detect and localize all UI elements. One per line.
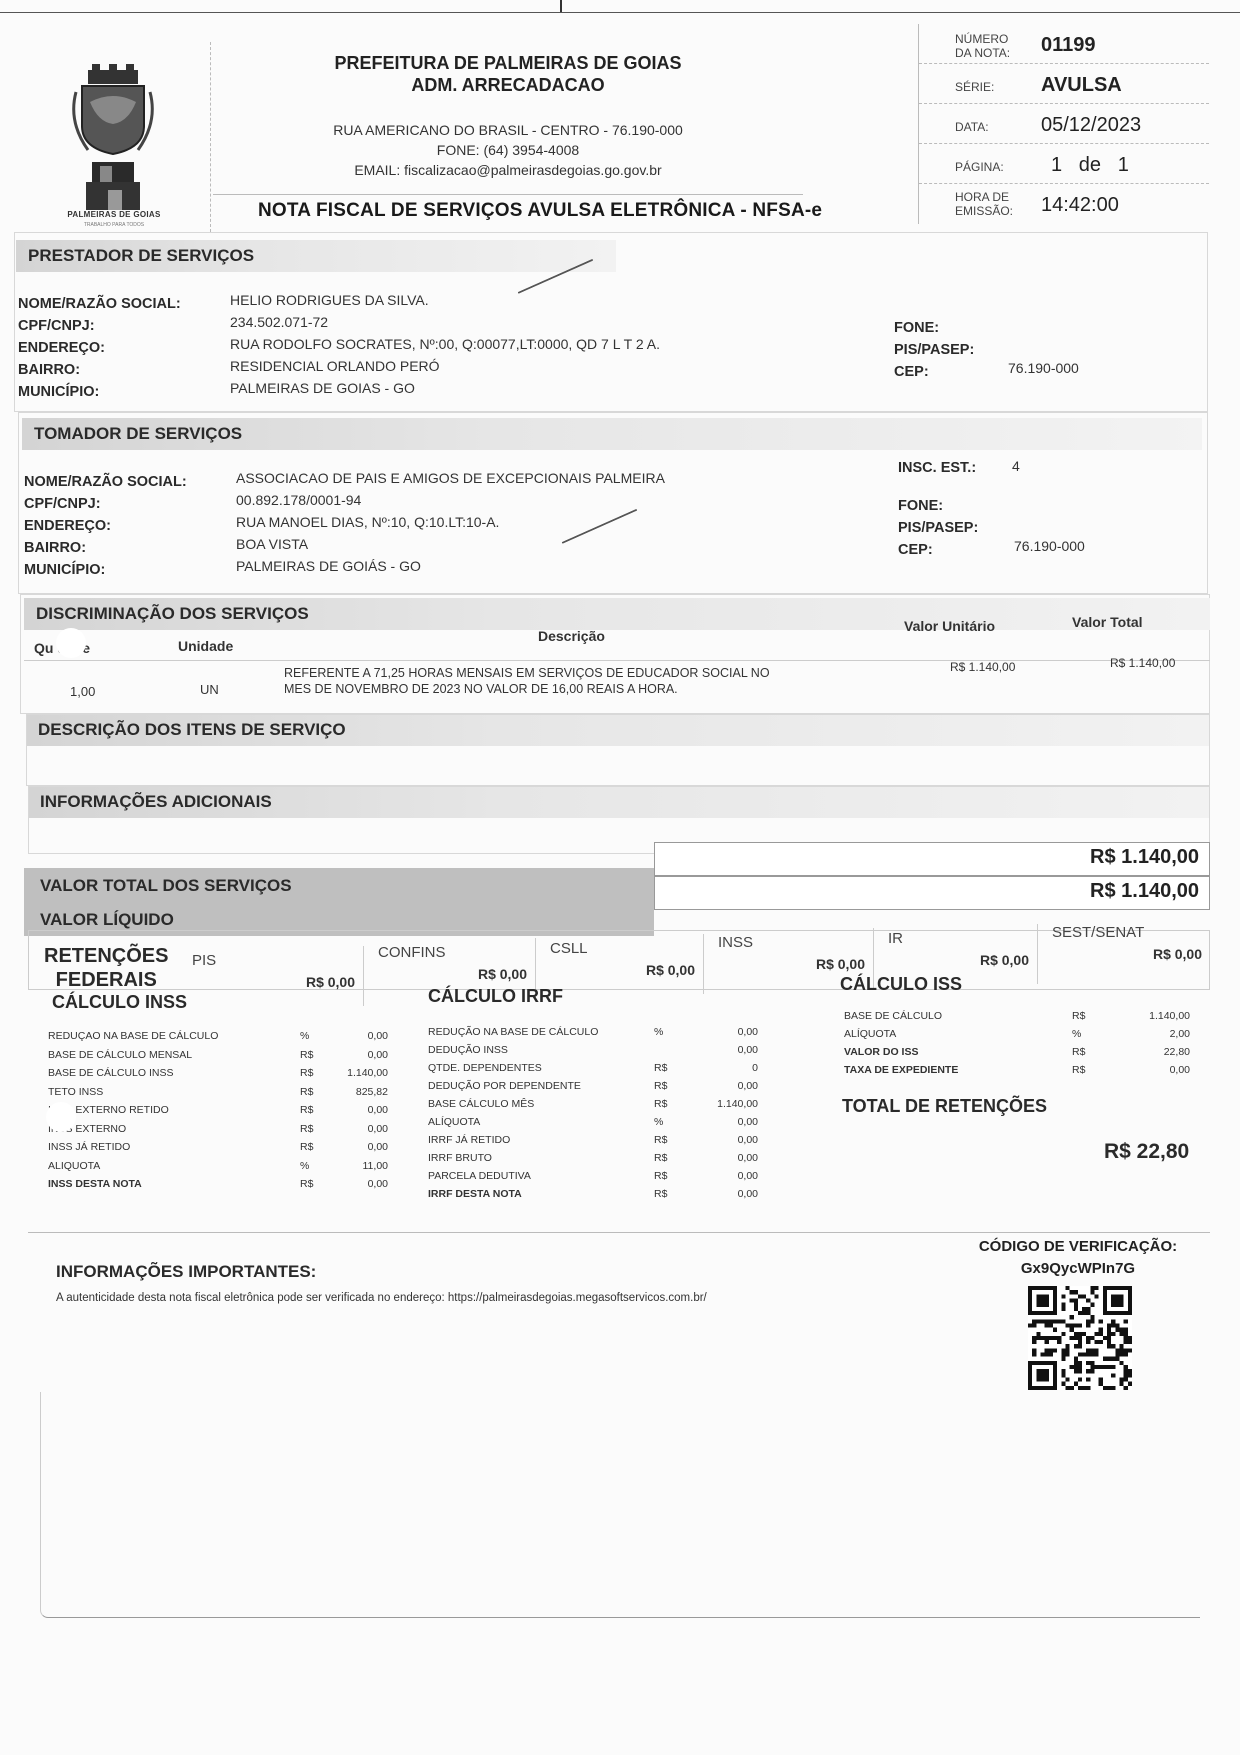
retencao-name: INSS	[718, 934, 753, 951]
emission-time: 14:42:00	[1041, 194, 1119, 217]
organization-contact: RUA AMERICANO DO BRASIL - CENTRO - 76.19…	[228, 120, 788, 180]
retencao-value: R$ 0,00	[646, 962, 695, 978]
tomador-cpf: 00.892.178/0001-94	[236, 492, 361, 508]
tomador-insc-est: 4	[1012, 458, 1020, 474]
calc-row: IRRF BRUTOR$0,00	[428, 1152, 758, 1170]
tomador-header: TOMADOR DE SERVIÇOS	[22, 418, 1202, 450]
invoice-date: 05/12/2023	[1041, 114, 1141, 137]
header-title-divider	[213, 194, 803, 195]
prestador-endereco: RUA RODOLFO SOCRATES, Nº:00, Q:00077,LT:…	[230, 336, 660, 352]
valor-total-box: R$ 1.140,00	[654, 842, 1210, 876]
calc-row: ALIQUOTA%11,00	[48, 1160, 388, 1178]
calc-row: ALÍQUOTA%0,00	[428, 1116, 758, 1134]
retencao-value: R$ 0,00	[1153, 946, 1202, 962]
header-divider	[210, 42, 211, 232]
prestador-bairro: RESIDENCIAL ORLANDO PERÓ	[230, 358, 440, 374]
retencao-csll: CSLLR$ 0,00	[536, 934, 704, 994]
tomador-cep: 76.190-000	[1014, 538, 1085, 554]
total-retencoes-value: R$ 22,80	[1104, 1140, 1189, 1164]
org-email: EMAIL: fiscalizacao@palmeirasdegoias.go.…	[228, 160, 788, 180]
valor-liquido: R$ 1.140,00	[1090, 880, 1199, 903]
retencao-value: R$ 0,00	[816, 956, 865, 972]
calc-row: IRRF DESTA NOTAR$0,00	[428, 1188, 758, 1206]
calc-row: ALÍQUOTA%2,00	[844, 1028, 1190, 1046]
calc-row: BASE DE CÁLCULO MENSALR$0,00	[48, 1049, 388, 1067]
row-valor-unitario: R$ 1.140,00	[950, 660, 1015, 674]
calc-row: VALOR DO ISSR$22,80	[844, 1046, 1190, 1064]
logo-subcaption: TRABALHO PARA TODOS	[56, 222, 172, 228]
calc-row: INSS EXTERNO RETIDOR$0,00	[48, 1104, 388, 1122]
retencao-sest-senat: SEST/SENATR$ 0,00	[1038, 918, 1210, 978]
retencao-value: R$ 0,00	[306, 974, 355, 990]
col-valor-total: Valor Total	[1072, 614, 1143, 630]
prestador-cpf: 234.502.071-72	[230, 314, 328, 330]
servicos-header: DISCRIMINAÇÃO DOS SERVIÇOS	[24, 598, 1210, 630]
meta-serie: SÉRIE: AVULSA	[919, 64, 1209, 104]
meta-pagina: PÁGINA: 1 de 1	[919, 144, 1209, 184]
informacoes-text: A autenticidade desta nota fiscal eletrô…	[56, 1292, 707, 1304]
prestador-header: PRESTADOR DE SERVIÇOS	[16, 240, 616, 272]
scan-edge-mark	[560, 0, 562, 12]
document-title: NOTA FISCAL DE SERVIÇOS AVULSA ELETRÔNIC…	[258, 200, 822, 222]
invoice-page: PALMEIRAS DE GOIAS TRABALHO PARA TODOS P…	[28, 42, 1208, 1702]
verification-code: Gx9QycWPIn7G	[963, 1260, 1193, 1277]
calc-row: DEDUÇÃO POR DEPENDENTER$0,00	[428, 1080, 758, 1098]
calc-row: REDUÇÃO NA BASE DE CÁLCULO%0,00	[428, 1026, 758, 1044]
calc-row: IRRF JÁ RETIDOR$0,00	[428, 1134, 758, 1152]
retencao-name: CONFINS	[378, 944, 446, 961]
row-valor-total: R$ 1.140,00	[1110, 656, 1175, 670]
retencao-pis: PISR$ 0,00	[178, 946, 364, 1006]
tomador-endereco: RUA MANOEL DIAS, Nº:10, Q:10.LT:10-A.	[236, 514, 499, 530]
page-bottom-frame	[40, 1392, 1200, 1618]
organization-name: PREFEITURA DE PALMEIRAS DE GOIAS ADM. AR…	[228, 52, 788, 96]
punch-hole	[56, 628, 86, 658]
col-unidade: Unidade	[178, 638, 233, 654]
calc-row: INSS DESTA NOTAR$0,00	[48, 1178, 388, 1196]
row-descricao-1: REFERENTE A 71,25 HORAS MENSAIS EM SERVI…	[284, 666, 770, 680]
invoice-number: 01199	[1041, 34, 1096, 57]
prestador-nome: HELIO RODRIGUES DA SILVA.	[230, 292, 429, 308]
total-retencoes-title: TOTAL DE RETENÇÕES	[842, 1096, 1047, 1117]
row-unidade: UN	[200, 682, 219, 697]
invoice-series: AVULSA	[1041, 74, 1122, 97]
retencao-name: SEST/SENAT	[1052, 924, 1144, 941]
org-phone: FONE: (64) 3954-4008	[228, 140, 788, 160]
invoice-meta: NÚMERODA NOTA: 01199 SÉRIE: AVULSA DATA:…	[918, 24, 1208, 224]
verification-title: CÓDIGO DE VERIFICAÇÃO:	[963, 1238, 1193, 1255]
meta-data: DATA: 05/12/2023	[919, 104, 1209, 144]
scan-edge-line	[0, 12, 1240, 13]
calculo-inss-title: CÁLCULO INSS	[52, 992, 187, 1013]
itens-section	[26, 714, 1210, 786]
retencao-name: PIS	[192, 952, 216, 969]
valor-total: R$ 1.140,00	[1090, 846, 1199, 869]
valor-liquido-box: R$ 1.140,00	[654, 876, 1210, 910]
coat-of-arms-icon	[58, 62, 168, 232]
retencao-name: IR	[888, 930, 903, 947]
calc-row: BASE CÁLCULO MÊSR$1.140,00	[428, 1098, 758, 1116]
page-number: 1 de 1	[1051, 154, 1129, 177]
table-header-divider	[24, 660, 1210, 661]
calc-row: REDUÇAO NA BASE DE CÁLCULO%0,00	[48, 1030, 388, 1048]
row-quantidade: 1,00	[70, 684, 95, 699]
tomador-bairro: BOA VISTA	[236, 536, 308, 552]
calculo-iss-title: CÁLCULO ISS	[840, 974, 962, 995]
retencao-name: CSLL	[550, 940, 588, 957]
tomador-municipio: PALMEIRAS DE GOIÁS - GO	[236, 558, 421, 574]
calc-row: INSS EXTERNOR$0,00	[48, 1123, 388, 1141]
prestador-municipio: PALMEIRAS DE GOIAS - GO	[230, 380, 415, 396]
retencao-value: R$ 0,00	[980, 952, 1029, 968]
calc-row: QTDE. DEPENDENTESR$0	[428, 1062, 758, 1080]
row-descricao-2: MES DE NOVEMBRO DE 2023 NO VALOR DE 16,0…	[284, 682, 678, 696]
calc-row: INSS JÁ RETIDOR$0,00	[48, 1141, 388, 1159]
valor-total-label: VALOR TOTAL DOS SERVIÇOS	[24, 868, 654, 902]
calc-row: BASE DE CÁLCULOR$1.140,00	[844, 1010, 1190, 1028]
logo-caption: PALMEIRAS DE GOIAS	[56, 210, 172, 219]
org-address: RUA AMERICANO DO BRASIL - CENTRO - 76.19…	[228, 120, 788, 140]
calc-row: PARCELA DEDUTIVAR$0,00	[428, 1170, 758, 1188]
informacoes-title: INFORMAÇÕES IMPORTANTES:	[56, 1262, 316, 1282]
retencoes-title: RETENÇÕESFEDERAIS	[44, 944, 168, 992]
col-descricao: Descrição	[538, 628, 605, 644]
prestador-cep: 76.190-000	[1008, 360, 1079, 376]
punch-hole	[46, 1102, 76, 1132]
calc-row: BASE DE CÁLCULO INSSR$1.140,00	[48, 1067, 388, 1085]
calc-row: TAXA DE EXPEDIENTER$0,00	[844, 1064, 1190, 1082]
col-valor-unitario: Valor Unitário	[904, 618, 995, 634]
calculo-irrf-title: CÁLCULO IRRF	[428, 986, 563, 1007]
meta-hora: HORA DEEMISSÃO: 14:42:00	[919, 184, 1209, 224]
retencao-value: R$ 0,00	[478, 966, 527, 982]
section-divider	[28, 1232, 1210, 1233]
calc-row: TETO INSSR$825,82	[48, 1086, 388, 1104]
qr-code-icon	[1028, 1286, 1132, 1390]
meta-numero: NÚMERODA NOTA: 01199	[919, 24, 1209, 64]
tomador-nome: ASSOCIACAO DE PAIS E AMIGOS DE EXCEPCION…	[236, 470, 665, 486]
calc-row: DEDUÇÃO INSS0,00	[428, 1044, 758, 1062]
